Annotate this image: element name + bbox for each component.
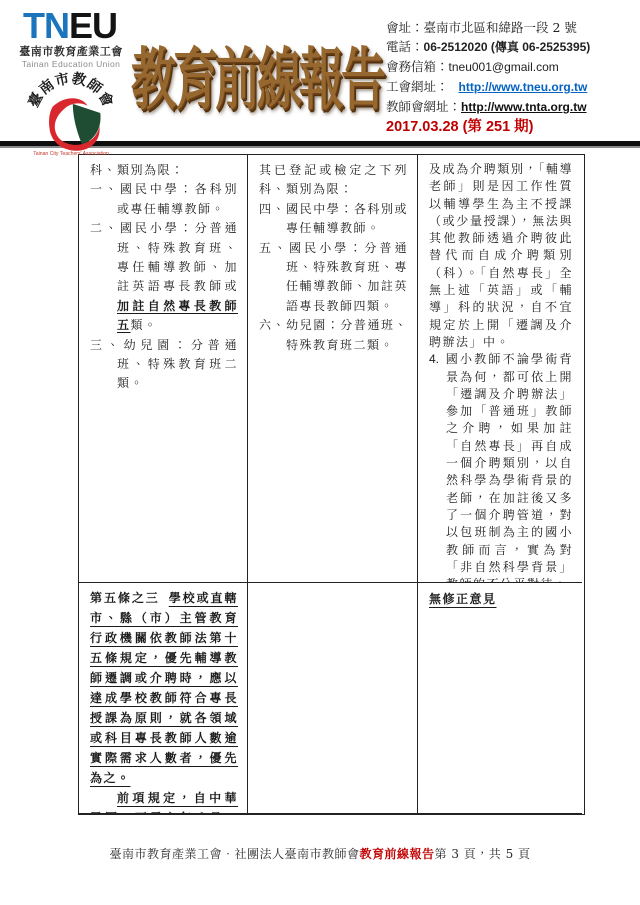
list-item: 五、國民小學：分普通班、特殊教育班、專任輔導教師、加註英語專長教師四類。: [259, 239, 408, 317]
page-title: 教育前線報告: [131, 25, 383, 123]
list-item: 4.國小教師不論學術背景為何，都可依上開「遷調及介聘辦法」參加「普通班」教師之介…: [429, 351, 573, 583]
table-cell-r1c3: 及成為介聘類別，「輔導老師」則是因工作性質以輔導學生為主不授課（或少量授課），無…: [418, 155, 582, 583]
law-article-number: 第五條之三: [90, 591, 160, 605]
list-item: 六、幼兒園：分普通班、特殊教育班二類。: [259, 316, 408, 355]
list-item: 一、國民中學：各科別或專任輔導教師。: [90, 180, 238, 219]
union-name-en: Tainan Education Union: [14, 59, 128, 69]
list-item: 三、幼兒園：分普通班、特殊教育班二類。: [90, 336, 238, 394]
footer-report-name: 教育前線報告: [359, 847, 434, 861]
comparison-table: 科、類別為限： 一、國民中學：各科別或專任輔導教師。 二、國民小學：分普通班、特…: [78, 154, 585, 815]
cell-intro: 科、類別為限：: [90, 161, 238, 180]
email-line: 會務信箱：tneu001@gmail.com: [386, 57, 636, 77]
issue-date: 2017.03.28 (第 251 期): [386, 117, 636, 137]
tneu-eu: EU: [69, 5, 117, 46]
contact-info: 會址：臺南市北區和緯路一段 2 號 電話：06-2512020 (傳真 06-2…: [386, 0, 636, 141]
tneu-tn: TN: [23, 5, 69, 46]
cell-intro: 其已登記或檢定之下列科、類別為限：: [259, 161, 408, 200]
address-line: 會址：臺南市北區和緯路一段 2 號: [386, 18, 636, 37]
phone-line: 電話：06-2512020 (傳真 06-2525395): [386, 37, 636, 57]
assoc-site-line: 教師會網址：http://www.tnta.org.tw: [386, 97, 636, 117]
teachers-association-seal-icon: 臺南市教師會 Tainan City Teachers' Association: [14, 70, 128, 160]
law-article: 第五條之三學校或直轄市、縣（市）主管教育行政機關依教師法第十五條規定，優先輔導教…: [90, 588, 238, 788]
list-item: 二、國民小學：分普通班、特殊教育班、專任輔導教師、加註英語專長教師或加註自然專長…: [90, 219, 238, 335]
table-cell-r2c3: 無修正意見: [418, 583, 582, 814]
table-cell-r2c2: [248, 583, 418, 814]
tneu-logo: TNEU 臺南市教育產業工會 Tainan Education Union 臺南…: [14, 0, 128, 141]
cell-paragraph: 及成為介聘類別，「輔導老師」則是因工作性質以輔導學生為主不授課（或少量授課），無…: [429, 161, 573, 351]
masthead: 教育前線報告: [128, 0, 386, 141]
law-article-effective-date: 前項規定，自中華民國一百零六年八月一日施行。: [90, 788, 238, 814]
table-cell-r1c2: 其已登記或檢定之下列科、類別為限： 四、國民中學：各科別或專任輔導教師。 五、國…: [248, 155, 418, 583]
union-site-link[interactable]: http://www.tneu.org.tw: [459, 80, 588, 94]
footer-org: 臺南市教育產業工會‧社團法人臺南市教師會: [109, 847, 359, 861]
footer-page-number: 第 3 頁，共 5 頁: [435, 847, 531, 861]
union-site-line: 工會網址：http://www.tneu.org.tw: [386, 77, 636, 97]
table-cell-r1c1: 科、類別為限： 一、國民中學：各科別或專任輔導教師。 二、國民小學：分普通班、特…: [79, 155, 248, 583]
tneu-wordmark: TNEU: [14, 9, 128, 43]
newsletter-header: TNEU 臺南市教育產業工會 Tainan Education Union 臺南…: [0, 0, 640, 141]
no-amendment-note: 無修正意見: [429, 592, 497, 606]
union-name-zh: 臺南市教育產業工會: [14, 43, 128, 59]
page-footer: 臺南市教育產業工會‧社團法人臺南市教師會教育前線報告第 3 頁，共 5 頁: [0, 845, 640, 862]
list-item: 四、國民中學：各科別或專任輔導教師。: [259, 200, 408, 239]
assoc-site-link[interactable]: http://www.tnta.org.tw: [461, 100, 587, 114]
table-cell-r2c1: 第五條之三學校或直轄市、縣（市）主管教育行政機關依教師法第十五條規定，優先輔導教…: [79, 583, 248, 814]
